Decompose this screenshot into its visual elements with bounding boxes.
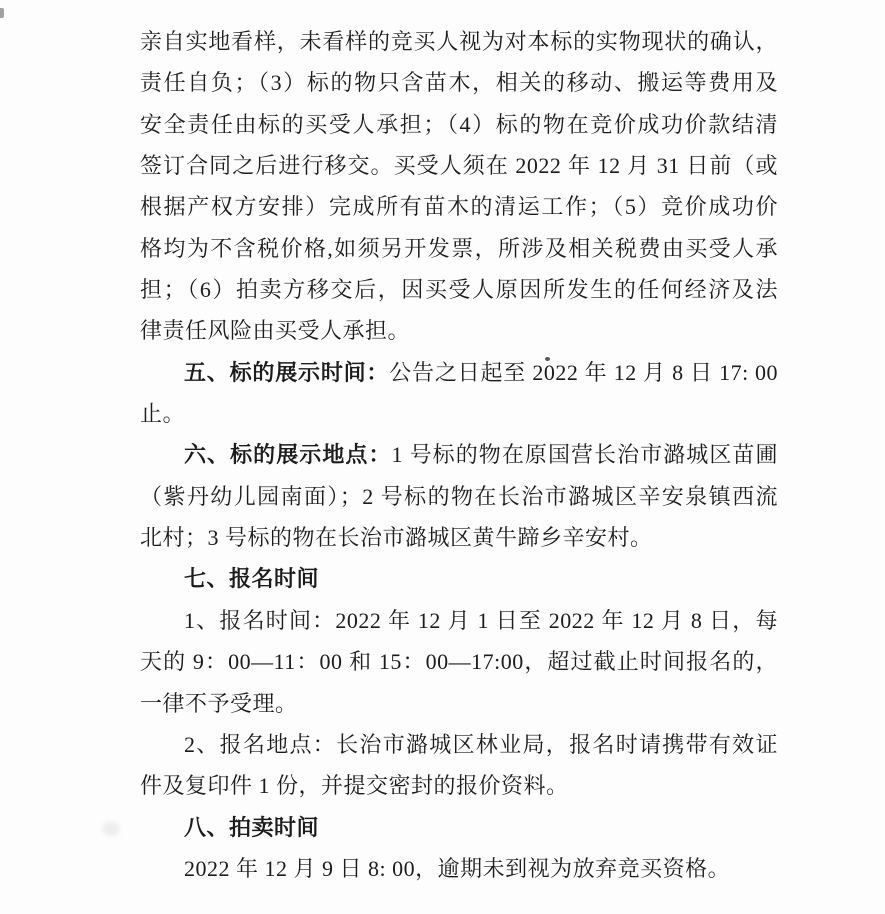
scan-edge-mark (0, 8, 4, 18)
text-line: 天的 9：00—11：00 和 15：00—17:00，超过截止时间报名的， (140, 641, 778, 682)
line-text: 北村；3 号标的物在长治市潞城区黄牛蹄乡辛安村。 (140, 525, 653, 550)
heading-display-location: 六、标的展示地点： (184, 442, 392, 467)
line-text: 止。 (140, 401, 185, 426)
text-line: 七、报名时间 (140, 558, 778, 599)
line-text: 根据产权方安排）完成所有苗木的清运工作；（5）竞价成功价 (140, 194, 778, 219)
text-line: 担；（6）拍卖方移交后，因买受人原因所发生的任何经济及法 (140, 269, 778, 310)
line-text: 签订合同之后进行移交。买受人须在 2022 年 12 月 31 日前（或 (140, 153, 778, 178)
line-text: 2022 年 12 月 9 日 8: 00，逾期未到视为放弃竞买资格。 (184, 856, 730, 881)
line-text: 律责任风险由买受人承担。 (140, 318, 410, 343)
line-text: 公告之日起至 2022 年 12 月 8 日 17: 00 (389, 360, 778, 385)
line-text: 1 号标的物在原国营长治市潞城区苗圃 (392, 442, 778, 467)
text-line: 1、报名时间：2022 年 12 月 1 日至 2022 年 12 月 8 日，… (140, 600, 778, 641)
text-line: 止。 (140, 393, 778, 434)
text-line: 安全责任由标的买受人承担；（4）标的物在竞价成功价款结清 (140, 104, 778, 145)
line-text: 亲自实地看样，未看样的竞买人视为对本标的实物现状的确认， (140, 29, 778, 54)
line-text: 安全责任由标的买受人承担；（4）标的物在竞价成功价款结清 (140, 112, 778, 137)
text-line: 签订合同之后进行移交。买受人须在 2022 年 12 月 31 日前（或 (140, 145, 778, 186)
text-line: （紫丹幼儿园南面）；2 号标的物在长治市潞城区辛安泉镇西流 (140, 476, 778, 517)
text-line: 件及复印件 1 份，并提交密封的报价资料。 (140, 765, 778, 806)
line-text: 担；（6）拍卖方移交后，因买受人原因所发生的任何经济及法 (140, 277, 778, 302)
heading-display-time: 五、标的展示时间： (184, 360, 389, 385)
text-line: 根据产权方安排）完成所有苗木的清运工作；（5）竞价成功价 (140, 186, 778, 227)
heading-signup-time: 七、报名时间 (184, 566, 319, 591)
text-line: 五、标的展示时间：公告之日起至 2022 年 12 月 8 日 17: 00 (140, 352, 778, 393)
text-line: 2、报名地点：长治市潞城区林业局，报名时请携带有效证 (140, 724, 778, 765)
line-text: 责任自负；（3）标的物只含苗木，相关的移动、搬运等费用及 (140, 70, 778, 95)
line-text: 格均为不含税价格,如须另开发票，所涉及相关税费由买受人承 (140, 236, 778, 261)
line-text: 1、报名时间：2022 年 12 月 1 日至 2022 年 12 月 8 日，… (184, 608, 778, 633)
line-text: 一律不予受理。 (140, 691, 298, 716)
text-line: 2022 年 12 月 9 日 8: 00，逾期未到视为放弃竞买资格。 (140, 848, 778, 889)
text-line: 八、拍卖时间 (140, 807, 778, 848)
line-text: 2、报名地点：长治市潞城区林业局，报名时请携带有效证 (184, 732, 778, 757)
text-line: 北村；3 号标的物在长治市潞城区黄牛蹄乡辛安村。 (140, 517, 778, 558)
text-line: 亲自实地看样，未看样的竞买人视为对本标的实物现状的确认， (140, 21, 778, 62)
heading-auction-time: 八、拍卖时间 (184, 815, 319, 840)
text-line: 一律不予受理。 (140, 683, 778, 724)
scan-smudge (102, 822, 120, 836)
text-line: 六、标的展示地点：1 号标的物在原国营长治市潞城区苗圃 (140, 434, 778, 475)
text-line: 格均为不含税价格,如须另开发票，所涉及相关税费由买受人承 (140, 228, 778, 269)
scanned-document-page: 亲自实地看样，未看样的竞买人视为对本标的实物现状的确认， 责任自负；（3）标的物… (0, 0, 885, 914)
text-line: 律责任风险由买受人承担。 (140, 310, 778, 351)
line-text: （紫丹幼儿园南面）；2 号标的物在长治市潞城区辛安泉镇西流 (140, 484, 778, 509)
text-line: 责任自负；（3）标的物只含苗木，相关的移动、搬运等费用及 (140, 62, 778, 103)
document-body: 亲自实地看样，未看样的竞买人视为对本标的实物现状的确认， 责任自负；（3）标的物… (140, 21, 778, 889)
line-text: 件及复印件 1 份，并提交密封的报价资料。 (140, 773, 569, 798)
line-text: 天的 9：00—11：00 和 15：00—17:00，超过截止时间报名的， (140, 649, 778, 674)
